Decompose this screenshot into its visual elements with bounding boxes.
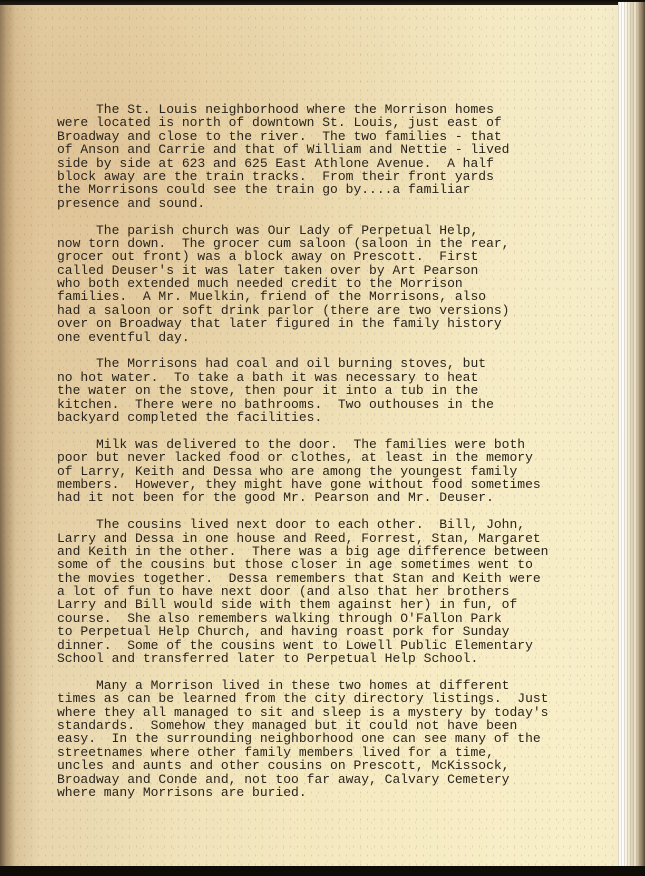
paragraph-4: Milk was delivered to the door. The fami… bbox=[57, 438, 617, 505]
text-line: course. She also remembers walking throu… bbox=[57, 612, 617, 625]
text-line: over on Broadway that later figured in t… bbox=[57, 317, 617, 330]
text-line: poor but never lacked food or clothes, a… bbox=[57, 451, 617, 464]
text-line: dinner. Some of the cousins went to Lowe… bbox=[57, 639, 617, 652]
text-line: some of the cousins but those closer in … bbox=[57, 558, 617, 571]
paragraph-1: The St. Louis neighborhood where the Mor… bbox=[57, 103, 617, 210]
text-line: The parish church was Our Lady of Perpet… bbox=[57, 224, 617, 237]
text-line: The St. Louis neighborhood where the Mor… bbox=[57, 103, 617, 116]
text-line: and Keith in the other. There was a big … bbox=[57, 545, 617, 558]
text-line: grocer out front) was a block away on Pr… bbox=[57, 250, 617, 263]
book-bottom-edge bbox=[0, 866, 645, 876]
text-line: kitchen. There were no bathrooms. Two ou… bbox=[57, 398, 617, 411]
text-line: where many Morrisons are buried. bbox=[57, 786, 617, 799]
text-line: Larry and Bill would side with them agai… bbox=[57, 598, 617, 611]
text-line: The cousins lived next door to each othe… bbox=[57, 518, 617, 531]
page-stack-lines bbox=[618, 2, 645, 868]
paragraph-2: The parish church was Our Lady of Perpet… bbox=[57, 224, 617, 345]
text-line: one eventful day. bbox=[57, 331, 617, 344]
paragraph-3: The Morrisons had coal and oil burning s… bbox=[57, 357, 617, 424]
text-line: easy. In the surrounding neighborhood on… bbox=[57, 732, 617, 745]
text-line: now torn down. The grocer cum saloon (sa… bbox=[57, 237, 617, 250]
text-line: had a saloon or soft drink parlor (there… bbox=[57, 304, 617, 317]
text-line: families. A Mr. Muelkin, friend of the M… bbox=[57, 290, 617, 303]
text-line: called Deuser's it was later taken over … bbox=[57, 264, 617, 277]
text-line: the water on the stove, then pour it int… bbox=[57, 384, 617, 397]
text-line: a lot of fun to have next door (and also… bbox=[57, 585, 617, 598]
text-line: Broadway and Conde and, not too far away… bbox=[57, 773, 617, 786]
typewritten-text-body: The St. Louis neighborhood where the Mor… bbox=[57, 103, 617, 813]
text-line: the Morrisons could see the train go by.… bbox=[57, 183, 617, 196]
text-line: School and transferred later to Perpetua… bbox=[57, 652, 617, 665]
text-line: Many a Morrison lived in these two homes… bbox=[57, 679, 617, 692]
text-line: The Morrisons had coal and oil burning s… bbox=[57, 357, 617, 370]
text-line: Milk was delivered to the door. The fami… bbox=[57, 438, 617, 451]
text-line: backyard completed the facilities. bbox=[57, 411, 617, 424]
text-line: block away are the train tracks. From th… bbox=[57, 170, 617, 183]
text-line: no hot water. To take a bath it was nece… bbox=[57, 371, 617, 384]
text-line: of Anson and Carrie and that of William … bbox=[57, 143, 617, 156]
text-line: to Perpetual Help Church, and having roa… bbox=[57, 625, 617, 638]
text-line: the movies together. Dessa remembers tha… bbox=[57, 572, 617, 585]
text-line: of Larry, Keith and Dessa who are among … bbox=[57, 465, 617, 478]
text-line: standards. Somehow they managed but it c… bbox=[57, 719, 617, 732]
text-line: presence and sound. bbox=[57, 197, 617, 210]
text-line: Larry and Dessa in one house and Reed, F… bbox=[57, 532, 617, 545]
text-line: had it not been for the good Mr. Pearson… bbox=[57, 491, 617, 504]
text-line: were located is north of downtown St. Lo… bbox=[57, 116, 617, 129]
text-line: Broadway and close to the river. The two… bbox=[57, 130, 617, 143]
text-line: who both extended much needed credit to … bbox=[57, 277, 617, 290]
paragraph-5: The cousins lived next door to each othe… bbox=[57, 518, 617, 665]
text-line: uncles and aunts and other cousins on Pr… bbox=[57, 759, 617, 772]
text-line: streetnames where other family members l… bbox=[57, 746, 617, 759]
text-line: side by side at 623 and 625 East Athlone… bbox=[57, 157, 617, 170]
paragraph-6: Many a Morrison lived in these two homes… bbox=[57, 679, 617, 800]
text-line: members. However, they might have gone w… bbox=[57, 478, 617, 491]
text-line: times as can be learned from the city di… bbox=[57, 692, 617, 705]
text-line: where they all managed to sit and sleep … bbox=[57, 706, 617, 719]
